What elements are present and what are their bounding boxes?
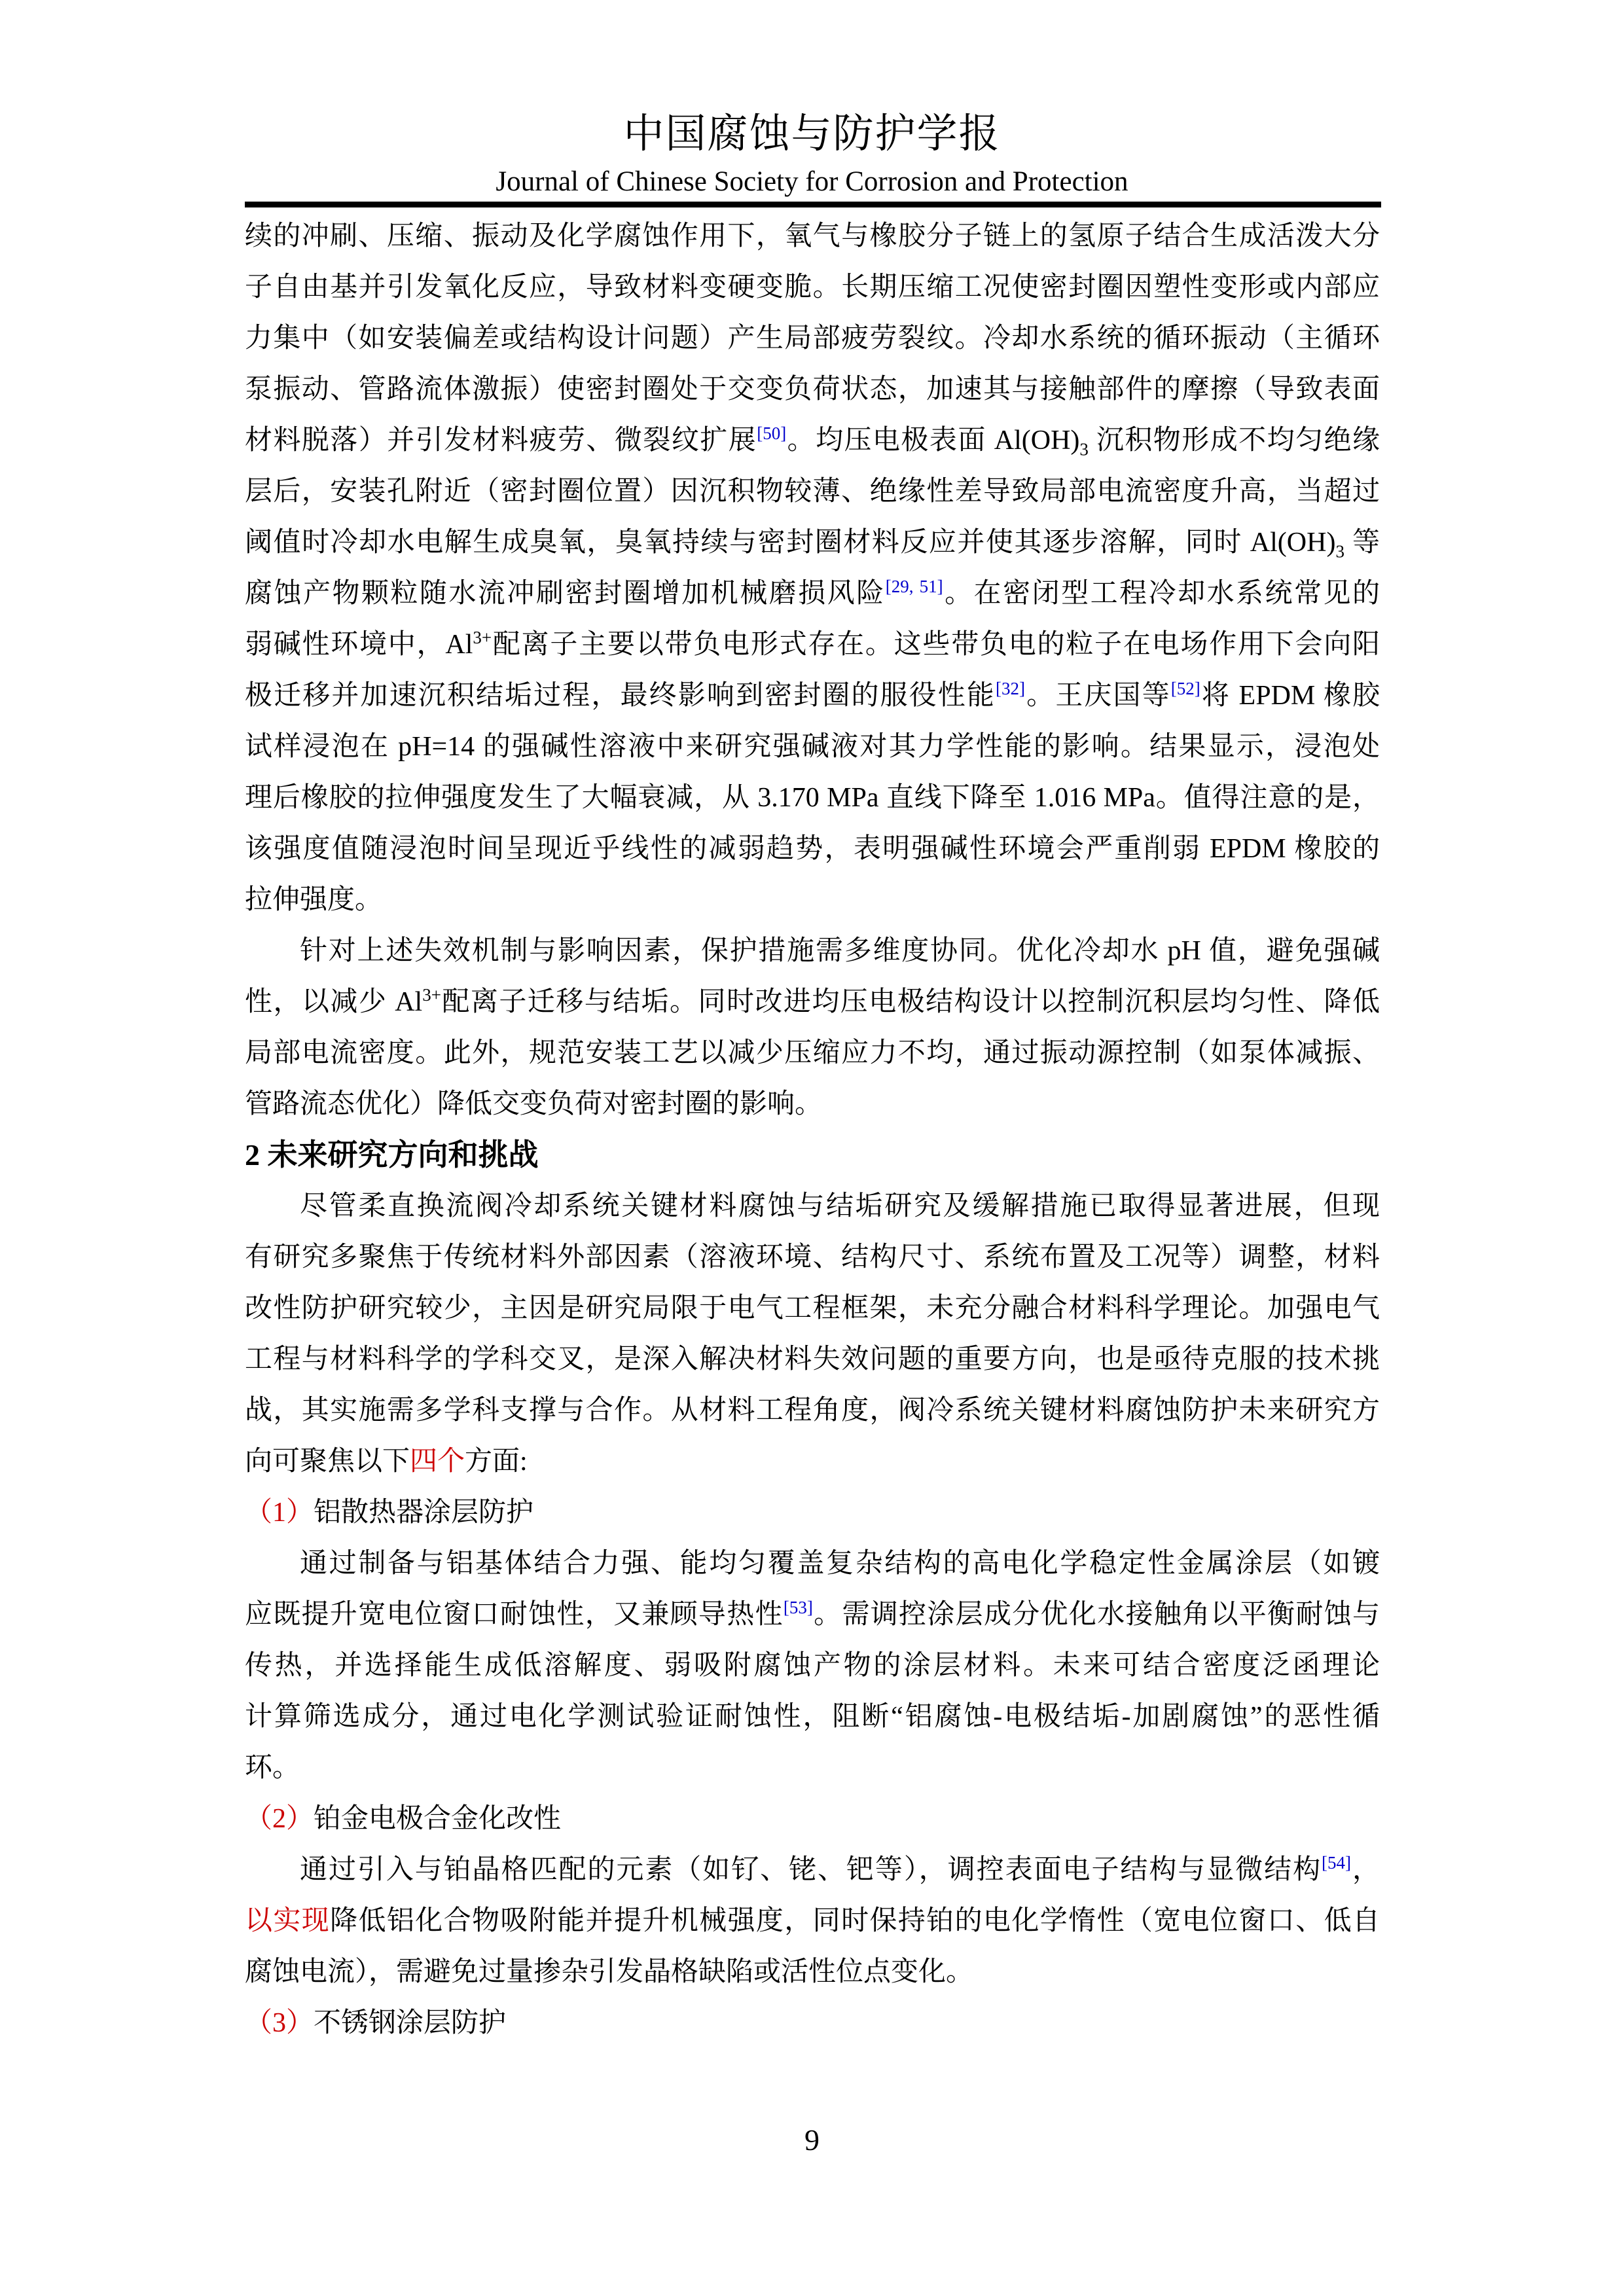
text-line: 力集中（如安装偏差或结构设计问题）产生局部疲劳裂纹。冷却水系统的循环振动（主循环 <box>245 313 1380 364</box>
text-line: 传热，并选择能生成低溶解度、弱吸附腐蚀产物的涂层材料。未来可结合密度泛函理论（D… <box>245 1640 1380 1691</box>
superscript-text: 3+ <box>422 985 441 1005</box>
text-segment: 沉积物形成不均匀绝缘 <box>1089 425 1380 456</box>
superscript-text: 3+ <box>473 628 492 647</box>
citation-ref[interactable]: [54] <box>1322 1853 1351 1873</box>
highlighted-text: 以实现 <box>245 1906 330 1936</box>
document-page: 中国腐蚀与防护学报 Journal of Chinese Society for… <box>0 0 1624 2296</box>
text-line: （2）铂金电极合金化改性 <box>245 1793 1380 1844</box>
text-segment: 腐蚀产物颗粒随水流冲刷密封圈增加机械磨损风险 <box>245 579 886 609</box>
citation-ref[interactable]: [29, 51] <box>886 577 943 596</box>
text-segment: 拉伸强度。 <box>245 885 382 915</box>
text-segment: 试样浸泡在 pH=14 的强碱性溶液中来研究强碱液对其力学性能的影响。结果显示，… <box>245 732 1380 762</box>
text-segment: 传热，并选择能生成低溶解度、弱吸附腐蚀产物的涂层材料。未来可结合密度泛函理论（D… <box>245 1651 1380 1691</box>
text-line: 有研究多聚焦于传统材料外部因素（溶液环境、结构尺寸、系统布置及工况等）调整，材料 <box>245 1232 1380 1283</box>
text-segment: 通过引入与铂晶格匹配的元素（如钌、铑、钯等），调控表面电子结构与显微结构 <box>300 1855 1322 1885</box>
text-line: 尽管柔直换流阀冷却系统关键材料腐蚀与结垢研究及缓解措施已取得显著进展，但现 <box>245 1181 1380 1232</box>
text-line: 极迁移并加速沉积结垢过程，最终影响到密封圈的服役性能[32]。王庆国等[52]将… <box>245 670 1380 721</box>
text-segment: 不锈钢涂层防护 <box>314 2008 506 2038</box>
text-segment: 材料脱落）并引发材料疲劳、微裂纹扩展 <box>245 425 757 456</box>
text-segment: 2 未来研究方向和挑战 <box>245 1138 539 1172</box>
text-segment: 应既提升宽电位窗口耐蚀性，又兼顾导热性 <box>245 1600 784 1630</box>
journal-header: 中国腐蚀与防护学报 Journal of Chinese Society for… <box>0 105 1624 200</box>
text-line: 性，以减少 Al3+配离子迁移与结垢。同时改进均压电极结构设计以控制沉积层均匀性… <box>245 977 1380 1028</box>
text-segment: 改性防护研究较少，主因是研究局限于电气工程框架，未充分融合材料科学理论。加强电气 <box>245 1293 1380 1323</box>
text-segment: 向可聚焦以下 <box>245 1446 410 1477</box>
text-line: 材料脱落）并引发材料疲劳、微裂纹扩展[50]。均压电极表面 Al(OH)3 沉积… <box>245 415 1380 466</box>
text-line: 通过制备与铝基体结合力强、能均匀覆盖复杂结构的高电化学稳定性金属涂层（如镀镍）， <box>245 1538 1380 1589</box>
text-line: 向可聚焦以下四个方面: <box>245 1436 1380 1487</box>
text-segment: 。在密闭型工程冷却水系统常见的 <box>943 579 1380 609</box>
text-segment: 理后橡胶的拉伸强度发生了大幅衰减，从 3.170 MPa 直线下降至 1.016… <box>245 783 1380 813</box>
text-line: 针对上述失效机制与影响因素，保护措施需多维度协同。优化冷却水 pH 值，避免强碱 <box>245 925 1380 977</box>
journal-title-en: Journal of Chinese Society for Corrosion… <box>0 164 1624 200</box>
text-segment: 铂金电极合金化改性 <box>314 1804 561 1834</box>
text-segment: 工程与材料科学的学科交叉，是深入解决材料失效问题的重要方向，也是亟待克服的技术挑 <box>245 1344 1380 1374</box>
text-segment: 力集中（如安装偏差或结构设计问题）产生局部疲劳裂纹。冷却水系统的循环振动（主循环 <box>245 323 1380 353</box>
text-segment: 配离子迁移与结垢。同时改进均压电极结构设计以控制沉积层均匀性、降低 <box>441 987 1380 1017</box>
text-line: 改性防护研究较少，主因是研究局限于电气工程框架，未充分融合材料科学理论。加强电气 <box>245 1283 1380 1334</box>
text-segment: 降低铝化合物吸附能并提升机械强度，同时保持铂的电化学惰性（宽电位窗口、低自 <box>330 1906 1380 1936</box>
text-line: 应既提升宽电位窗口耐蚀性，又兼顾导热性[53]。需调控涂层成分优化水接触角以平衡… <box>245 1589 1380 1640</box>
text-line: 以实现降低铝化合物吸附能并提升机械强度，同时保持铂的电化学惰性（宽电位窗口、低自 <box>245 1895 1380 1946</box>
highlighted-text: （2） <box>245 1804 314 1834</box>
text-segment: 。均压电极表面 Al(OH) <box>786 425 1079 456</box>
section-heading: 2 未来研究方向和挑战 <box>245 1130 1380 1181</box>
citation-ref[interactable]: [52] <box>1171 679 1200 698</box>
subscript-text: 3 <box>1079 439 1089 459</box>
highlighted-text: 四个 <box>410 1446 465 1477</box>
text-segment: 尽管柔直换流阀冷却系统关键材料腐蚀与结垢研究及缓解措施已取得显著进展，但现 <box>300 1191 1380 1221</box>
text-line: 腐蚀产物颗粒随水流冲刷密封圈增加机械磨损风险[29, 51]。在密闭型工程冷却水… <box>245 568 1380 619</box>
text-line: 弱碱性环境中，Al3+配离子主要以带负电形式存在。这些带负电的粒子在电场作用下会… <box>245 619 1380 670</box>
text-segment: 极迁移并加速沉积结垢过程，最终影响到密封圈的服役性能 <box>245 681 996 711</box>
journal-title-cn: 中国腐蚀与防护学报 <box>0 105 1624 164</box>
text-segment: 子自由基并引发氧化反应，导致材料变硬变脆。长期压缩工况使密封圈因塑性变形或内部应 <box>245 272 1380 302</box>
text-segment: 局部电流密度。此外，规范安装工艺以减少压缩应力不均，通过振动源控制（如泵体减振、 <box>245 1038 1380 1068</box>
highlighted-text: （1） <box>245 1498 314 1528</box>
text-segment: 方面: <box>465 1446 528 1477</box>
text-line: 局部电流密度。此外，规范安装工艺以减少压缩应力不均，通过振动源控制（如泵体减振、 <box>245 1028 1380 1079</box>
text-line: 拉伸强度。 <box>245 874 1380 925</box>
text-segment: 阈值时冷却水电解生成臭氧，臭氧持续与密封圈材料反应并使其逐步溶解，同时 Al(O… <box>245 528 1335 558</box>
text-segment: 性，以减少 Al <box>245 987 422 1017</box>
text-line: 环。 <box>245 1742 1380 1793</box>
text-line: 层后，安装孔附近（密封圈位置）因沉积物较薄、绝缘性差导致局部电流密度升高，当超过 <box>245 466 1380 517</box>
text-line: 子自由基并引发氧化反应，导致材料变硬变脆。长期压缩工况使密封圈因塑性变形或内部应 <box>245 262 1380 313</box>
document-body: 续的冲刷、压缩、振动及化学腐蚀作用下，氧气与橡胶分子链上的氢原子结合生成活泼大分… <box>245 211 1380 2049</box>
text-segment: 配离子主要以带负电形式存在。这些带负电的粒子在电场作用下会向阳 <box>492 630 1380 660</box>
citation-ref[interactable]: [50] <box>757 423 786 443</box>
text-segment: 铝散热器涂层防护 <box>314 1498 533 1528</box>
text-segment: 腐蚀电流），需避免过量掺杂引发晶格缺陷或活性位点变化。 <box>245 1957 973 1987</box>
text-line: 理后橡胶的拉伸强度发生了大幅衰减，从 3.170 MPa 直线下降至 1.016… <box>245 772 1380 823</box>
highlighted-text: （3） <box>245 2008 314 2038</box>
text-line: 腐蚀电流），需避免过量掺杂引发晶格缺陷或活性位点变化。 <box>245 1946 1380 1998</box>
citation-ref[interactable]: [53] <box>784 1598 813 1617</box>
text-line: 管路流态优化）降低交变负荷对密封圈的影响。 <box>245 1079 1380 1130</box>
text-segment: 通过制备与铝基体结合力强、能均匀覆盖复杂结构的高电化学稳定性金属涂层（如镀镍）， <box>245 1549 1380 1589</box>
header-rule <box>245 202 1381 207</box>
page-number: 9 <box>0 2122 1624 2159</box>
text-line: 工程与材料科学的学科交叉，是深入解决材料失效问题的重要方向，也是亟待克服的技术挑 <box>245 1334 1380 1385</box>
text-line: 试样浸泡在 pH=14 的强碱性溶液中来研究强碱液对其力学性能的影响。结果显示，… <box>245 721 1380 772</box>
text-line: 计算筛选成分，通过电化学测试验证耐蚀性，阻断“铝腐蚀-电极结垢-加剧腐蚀”的恶性… <box>245 1691 1380 1742</box>
text-segment: 该强度值随浸泡时间呈现近乎线性的减弱趋势，表明强碱性环境会严重削弱 EPDM 橡… <box>245 834 1380 864</box>
subscript-text: 3 <box>1335 541 1344 561</box>
text-segment: 。需调控涂层成分优化水接触角以平衡耐蚀与 <box>813 1600 1380 1630</box>
text-line: 该强度值随浸泡时间呈现近乎线性的减弱趋势，表明强碱性环境会严重削弱 EPDM 橡… <box>245 823 1380 874</box>
text-segment: 将 EPDM 橡胶 <box>1200 681 1380 711</box>
text-segment: ， <box>1351 1855 1380 1885</box>
citation-ref[interactable]: [32] <box>996 679 1025 698</box>
text-line: （1）铝散热器涂层防护 <box>245 1487 1380 1538</box>
text-segment: 针对上述失效机制与影响因素，保护措施需多维度协同。优化冷却水 pH 值，避免强碱 <box>300 936 1380 966</box>
text-line: 阈值时冷却水电解生成臭氧，臭氧持续与密封圈材料反应并使其逐步溶解，同时 Al(O… <box>245 517 1380 568</box>
text-line: 泵振动、管路流体激振）使密封圈处于交变负荷状态，加速其与接触部件的摩擦（导致表面 <box>245 364 1380 415</box>
text-segment: 环。 <box>245 1753 300 1783</box>
text-segment: 有研究多聚焦于传统材料外部因素（溶液环境、结构尺寸、系统布置及工况等）调整，材料 <box>245 1242 1380 1272</box>
text-segment: 战，其实施需多学科支撑与合作。从材料工程角度，阀冷系统关键材料腐蚀防护未来研究方 <box>245 1395 1380 1426</box>
text-segment: 。王庆国等 <box>1025 681 1171 711</box>
text-segment: 泵振动、管路流体激振）使密封圈处于交变负荷状态，加速其与接触部件的摩擦（导致表面 <box>245 374 1380 404</box>
text-segment: 层后，安装孔附近（密封圈位置）因沉积物较薄、绝缘性差导致局部电流密度升高，当超过 <box>245 476 1380 507</box>
text-line: 通过引入与铂晶格匹配的元素（如钌、铑、钯等），调控表面电子结构与显微结构[54]… <box>245 1844 1380 1895</box>
text-line: （3）不锈钢涂层防护 <box>245 1998 1380 2049</box>
text-segment: 计算筛选成分，通过电化学测试验证耐蚀性，阻断“铝腐蚀-电极结垢-加剧腐蚀”的恶性… <box>245 1702 1380 1732</box>
text-segment: 管路流态优化）降低交变负荷对密封圈的影响。 <box>245 1089 822 1119</box>
text-segment: 弱碱性环境中，Al <box>245 630 473 660</box>
text-line: 战，其实施需多学科支撑与合作。从材料工程角度，阀冷系统关键材料腐蚀防护未来研究方 <box>245 1385 1380 1436</box>
text-line: 续的冲刷、压缩、振动及化学腐蚀作用下，氧气与橡胶分子链上的氢原子结合生成活泼大分 <box>245 211 1380 262</box>
text-segment: 等 <box>1344 528 1380 558</box>
text-segment: 续的冲刷、压缩、振动及化学腐蚀作用下，氧气与橡胶分子链上的氢原子结合生成活泼大分 <box>245 221 1380 251</box>
